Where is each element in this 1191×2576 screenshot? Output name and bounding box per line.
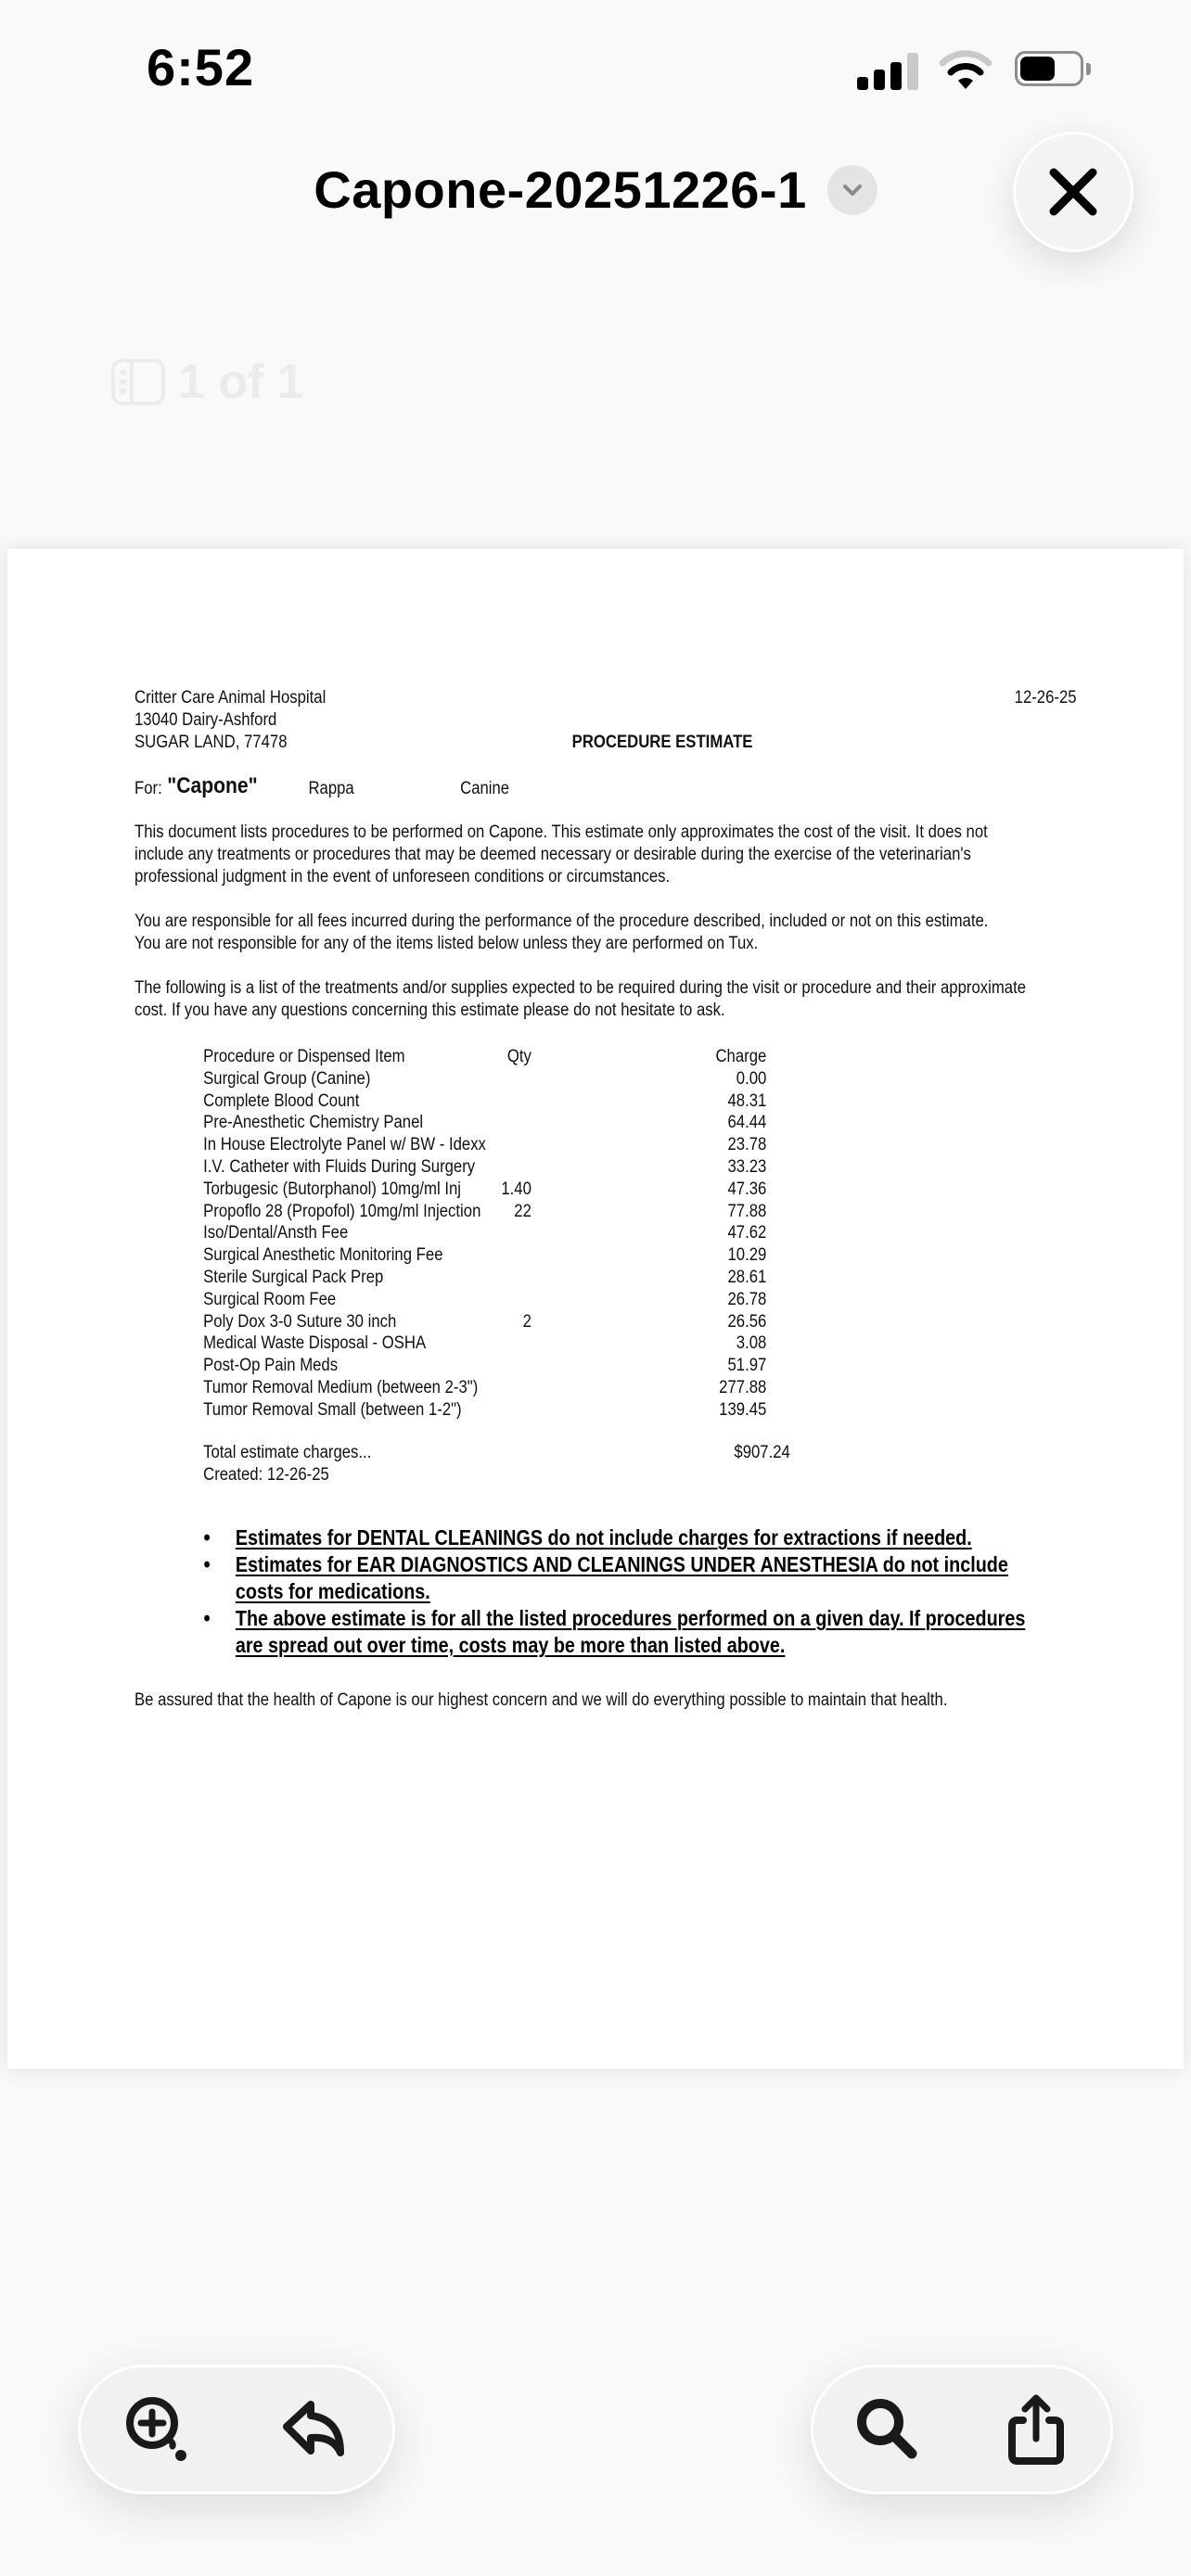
item-charge: 51.97 (727, 1355, 766, 1377)
item-name: Medical Waste Disposal - OSHA (203, 1333, 426, 1355)
reply-button[interactable] (273, 2388, 356, 2471)
item-name: Surgical Room Fee (203, 1289, 336, 1311)
item-name: Complete Blood Count (203, 1090, 359, 1113)
item-charge: 77.88 (727, 1201, 766, 1223)
item-qty: 22 (514, 1201, 531, 1223)
total-label: Total estimate charges... (203, 1442, 371, 1464)
item-name: Post-Op Pain Meds (203, 1355, 338, 1377)
item-name: Surgical Anesthetic Monitoring Fee (203, 1244, 442, 1267)
created-date: Created: 12-26-25 (203, 1464, 329, 1486)
item-charge: 26.56 (727, 1311, 766, 1333)
table-row: Surgical Room Fee26.78 (203, 1289, 775, 1311)
left-toolbar (78, 2365, 395, 2494)
table-row: Torbugesic (Butorphanol) 10mg/ml Inj1.40… (203, 1179, 775, 1201)
item-charge: 277.88 (719, 1377, 766, 1399)
table-row: Post-Op Pain Meds51.97 (203, 1355, 775, 1377)
magnify-plus-icon (122, 2392, 196, 2467)
item-charge: 47.36 (727, 1179, 766, 1201)
item-charge: 64.44 (727, 1112, 766, 1134)
table-row: Poly Dox 3-0 Suture 30 inch226.56 (203, 1311, 775, 1333)
share-icon (1006, 2392, 1066, 2467)
table-row: Propoflo 28 (Propofol) 10mg/ml Injection… (203, 1201, 775, 1223)
item-name: Torbugesic (Butorphanol) 10mg/ml Inj (203, 1179, 461, 1201)
item-qty: 2 (523, 1311, 531, 1333)
item-name: Tumor Removal Small (between 1-2") (203, 1399, 462, 1422)
item-charge: 139.45 (719, 1399, 766, 1422)
item-name: Propoflo 28 (Propofol) 10mg/ml Injection (203, 1201, 480, 1223)
table-row: Iso/Dental/Ansth Fee47.62 (203, 1222, 775, 1244)
table-row: Tumor Removal Small (between 1-2")139.45 (203, 1399, 775, 1422)
item-charge: 23.78 (727, 1134, 766, 1156)
item-charge: 0.00 (736, 1068, 767, 1090)
item-charge: 10.29 (727, 1244, 766, 1267)
item-name: Sterile Surgical Pack Prep (203, 1267, 383, 1289)
item-name: Tumor Removal Medium (between 2-3") (203, 1377, 478, 1399)
item-charge: 48.31 (727, 1090, 766, 1113)
item-name: In House Electrolyte Panel w/ BW - Idexx (203, 1134, 486, 1156)
table-row: In House Electrolyte Panel w/ BW - Idexx… (203, 1134, 775, 1156)
right-toolbar (811, 2365, 1113, 2494)
item-qty: 1.40 (501, 1179, 531, 1201)
estimate-table: Procedure or Dispensed Item Qty Charge S… (0, 0, 1061, 2576)
table-row: I.V. Catheter with Fluids During Surgery… (203, 1156, 775, 1179)
markup-zoom-button[interactable] (117, 2388, 200, 2471)
item-name: I.V. Catheter with Fluids During Surgery (203, 1156, 475, 1179)
item-charge: 47.62 (727, 1222, 766, 1244)
search-icon (852, 2394, 923, 2465)
table-row: Tumor Removal Medium (between 2-3")277.8… (203, 1377, 775, 1399)
table-row: Sterile Surgical Pack Prep28.61 (203, 1267, 775, 1289)
item-charge: 33.23 (727, 1156, 766, 1179)
table-row: Surgical Anesthetic Monitoring Fee10.29 (203, 1244, 775, 1267)
header-item: Procedure or Dispensed Item (203, 1046, 404, 1068)
header-charge: Charge (715, 1046, 766, 1068)
item-name: Pre-Anesthetic Chemistry Panel (203, 1112, 423, 1134)
header-qty: Qty (507, 1046, 531, 1068)
table-header-row: Procedure or Dispensed Item Qty Charge (203, 1046, 775, 1068)
item-name: Iso/Dental/Ansth Fee (203, 1222, 348, 1244)
table-row: Pre-Anesthetic Chemistry Panel64.44 (203, 1112, 775, 1134)
item-charge: 26.78 (727, 1289, 766, 1311)
item-charge: 28.61 (727, 1267, 766, 1289)
item-name: Poly Dox 3-0 Suture 30 inch (203, 1311, 396, 1333)
total-value: $907.24 (674, 1442, 790, 1464)
table-row: Medical Waste Disposal - OSHA3.08 (203, 1333, 775, 1355)
reply-arrow-icon (279, 2397, 350, 2462)
search-button[interactable] (846, 2388, 929, 2471)
item-name: Surgical Group (Canine) (203, 1068, 370, 1090)
share-button[interactable] (994, 2388, 1078, 2471)
item-charge: 3.08 (736, 1333, 767, 1355)
table-row: Complete Blood Count48.31 (203, 1090, 775, 1113)
table-row: Surgical Group (Canine)0.00 (203, 1068, 775, 1090)
